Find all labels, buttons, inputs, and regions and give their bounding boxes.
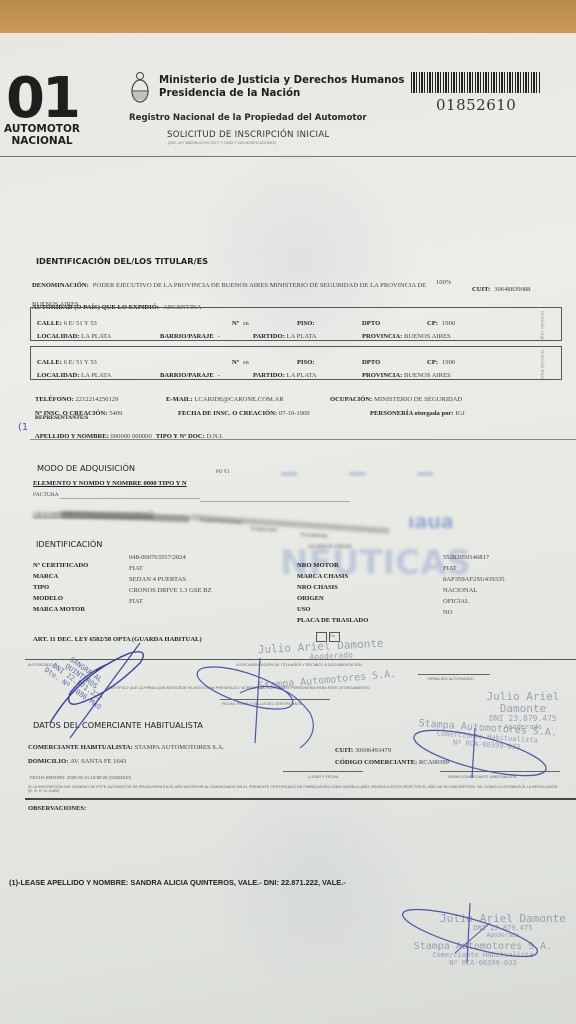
vehicle-left-fields: Nº CERTIFICADO048-000763557/2024MARCAFIA… [33, 554, 293, 609]
overprint-text: TUUSEFAC [300, 532, 329, 539]
vehicle-field: NRO MOTOR55282059146817 [297, 554, 557, 565]
ministry-line2: Presidencia de la Nación [159, 87, 404, 100]
factura-line [200, 501, 350, 502]
vehicle-field-value: FIAT [443, 565, 457, 572]
provincia-field: PROVINCIA: BUENOS AIRES [362, 364, 451, 382]
ownership-percentage: 100% [436, 279, 451, 286]
firma-autorizado: FIRMA DEL AUTORIZADO [428, 677, 474, 681]
partido-field: PARTIDO: LA PLATA [253, 325, 317, 343]
stamp: Julio Ariel Damonte DNI 23.879.475 Apode… [400, 913, 566, 968]
stamp: Julio Ariel Damonte Apoderado [258, 638, 385, 665]
vehicle-field-value: 048-000763557/2024 [129, 554, 186, 561]
signature-line [418, 674, 490, 675]
art11-label: ART. 11 DEC. LEY 6582/58 OPTA (GUARDA HA… [33, 636, 202, 643]
representante-field: APELLIDO Y NOMBRE: 000000 000000 TIPO Y … [35, 425, 223, 443]
vehicle-field: MARCAFIAT [33, 565, 293, 576]
vehicle-field: ORIGENNACIONAL [297, 587, 557, 598]
overprint-text: TUEELFAC [250, 526, 278, 533]
smudge [60, 511, 190, 523]
vehicle-field: MARCA CHASISFIAT [297, 565, 557, 576]
watermark-text: ıaua [408, 511, 454, 533]
coat-of-arms-icon [130, 71, 150, 105]
vehicle-field: TIPOSEDAN 4 PUERTAS [33, 576, 293, 587]
form-subtitle: (DEC. LEY 6582/58 LEYES 22977 Y 23283 Y … [168, 141, 276, 145]
codigo-comerciante-field: CÓDIGO COMERCIANTE: RCA00399 [335, 751, 449, 769]
numero-field: Nº sn [232, 312, 249, 330]
vehicle-field-value: NACIONAL [443, 587, 477, 594]
vehicle-field-label: MARCA MOTOR [33, 606, 85, 613]
ministry-name: Ministerio de Justicia y Derechos Humano… [159, 74, 404, 101]
factura-label: FACTURA [33, 492, 59, 498]
signature-line [283, 771, 363, 772]
form-number: 01 [6, 71, 78, 127]
form-type-line1: AUTOMOTOR [0, 123, 84, 135]
vehicle-field-value: NO [443, 609, 453, 616]
partido-field: PARTIDO: LA PLATA [253, 364, 317, 382]
vehicle-field: USOOFICIAL [297, 598, 557, 609]
vehicle-field: MARCA MOTORFIAT [33, 598, 293, 609]
representantes-label: REPRESENTANTE/S [35, 415, 88, 421]
cuit-value: 30648839088 [494, 286, 530, 293]
vehicle-field-value: 8AP359AF2SU439335 [443, 576, 505, 583]
form-type: AUTOMOTOR NACIONAL [0, 123, 84, 147]
fecha-firma-label: FECHA, FIRMA Y SELLO DEL CERTIFICANTE [222, 702, 302, 706]
lugar-fecha-label: LUGAR Y FECHA [308, 775, 338, 779]
barcode [411, 72, 541, 93]
certify-text: CERTIFICO QUE LA FIRMA QUE ANTECEDE HA S… [108, 686, 370, 690]
fecha-insc-field: FECHA DE INSC. O CREACIÓN: 07-10-1969 [178, 402, 310, 420]
cuit-row: CUIT: 30648839088 [472, 278, 530, 296]
personeria-field: PERSONERÍA otorgada por: IGJ [370, 402, 465, 420]
adquisicion-extra: PO Y1 [216, 470, 230, 475]
registry-name: Registro Nacional de la Propiedad del Au… [129, 113, 367, 123]
observaciones-label: OBSERVACIONES: [28, 805, 86, 812]
factura-line [60, 498, 200, 499]
header-divider [0, 156, 576, 157]
domicilio-legal-side-label: Domicilio Legal [540, 311, 545, 342]
section-title-comerciante: DATOS DEL COMERCIANTE HABITUALISTA [33, 720, 203, 730]
vehicle-field: PLACA DE TRASLADONO [297, 609, 557, 620]
document-page: 01 AUTOMOTOR NACIONAL Ministerio de Just… [0, 33, 576, 1024]
vehicle-field-value: FIAT [129, 598, 143, 605]
numero-field: Nº sn [232, 351, 249, 369]
firma-comerciante-label: FIRMA COMERCIANTE HABITUALISTA [448, 775, 517, 779]
cuit-label: CUIT [472, 286, 488, 293]
divider [30, 439, 576, 440]
form-title: SOLICITUD DE INSCRIPCIÓN INICIAL [167, 130, 330, 140]
vehicle-field: MODELOCRONOS DRIVE 1.3 GSE BZ [33, 587, 293, 598]
fine-print: SI LA INSCRIPCIÓN DEL DOMINIO DE ESTE AU… [28, 785, 563, 794]
vehicle-field-value: CRONOS DRIVE 1.3 GSE BZ [129, 587, 212, 594]
vehicle-field: Nº CERTIFICADO048-000763557/2024 [33, 554, 293, 565]
elemento-line: ELEMENTO Y NOMDO Y NOMBRE 0000 TIPO Y N [33, 480, 187, 487]
barrio-field: BARRIO/PARAJE - [160, 325, 220, 343]
divider [25, 798, 576, 800]
vehicle-right-fields: NRO MOTOR55282059146817MARCA CHASISFIATN… [297, 554, 557, 620]
section-title-vehiculo: IDENTIFICACIÓN [36, 539, 102, 549]
footnote: (1)-LEASE APELLIDO Y NOMBRE: SANDRA ALIC… [9, 878, 346, 887]
section-title-titulares: IDENTIFICACIÓN DEL/LOS TITULAR/ES [36, 256, 208, 266]
ministry-line1: Ministerio de Justicia y Derechos Humano… [159, 74, 404, 87]
provincia-field: PROVINCIA: BUENOS AIRES [362, 325, 451, 343]
barrio-field: BARRIO/PARAJE - [160, 364, 220, 382]
handwritten-mark: (1 [18, 422, 28, 433]
localidad-field: LOCALIDAD: LA PLATA [37, 364, 111, 382]
vehicle-field-label: PLACA DE TRASLADO [297, 617, 368, 624]
received-label: A DOCUMENTACIÓN DE TITULARES Y RECIBIÓ L… [236, 663, 362, 667]
domicilio-real-side-label: Domicilio Real [540, 350, 545, 379]
denominacion-label: DENOMINACIÓN [32, 282, 87, 289]
signature-line [440, 771, 560, 772]
vehicle-field-value: 55282059146817 [443, 554, 489, 561]
localidad-field: LOCALIDAD: LA PLATA [37, 325, 111, 343]
domicilio-comerciante-field: DOMICILIO: AV. SANTA FE 1643 [28, 750, 126, 768]
form-type-line2: NACIONAL [0, 135, 84, 147]
vehicle-field-value: OFICIAL [443, 598, 469, 605]
notary-stamp: SANGRA AL QUINTEROS DNI 22.871.222 Dto. … [42, 648, 115, 712]
vehicle-field-value: SEDAN 4 PUERTAS [129, 576, 186, 583]
watermark-text: — — — [280, 463, 457, 484]
vehicle-field: NRO CHASIS8AP359AF2SU439335 [297, 576, 557, 587]
vehicle-field-value: FIAT [129, 565, 143, 572]
control-number: 01852610 [436, 96, 516, 114]
section-title-adquisicion: MODO DE ADQUISICIÓN [37, 463, 135, 473]
fecha-emision: FECHA EMISIÓN: 2025-01-21 15:58:26 (0185… [30, 775, 131, 780]
signature-line [220, 699, 330, 700]
